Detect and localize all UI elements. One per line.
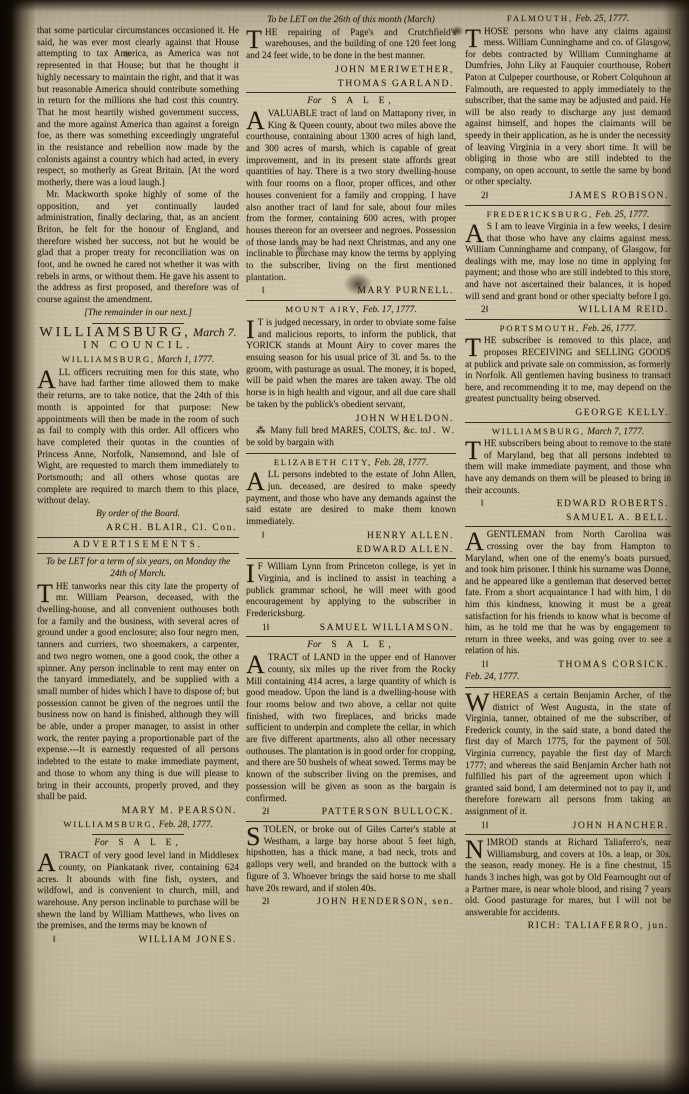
dateline-place: WILLIAMSBURG, <box>492 426 585 436</box>
city-heading: WILLIAMSBURG, March 7. <box>37 327 239 341</box>
report-paragraph: that some particular circumstances occas… <box>37 26 239 190</box>
divider-rule <box>465 834 671 835</box>
ad-warehouse-repairs: To be LET on the 26th of this month (Mar… <box>246 15 456 89</box>
dropcap-letter: A <box>246 470 268 493</box>
postscript-text: Many full bred MARES, COLTS, &c. to be s… <box>246 426 428 448</box>
dateline-date: Feb. 28, 1777. <box>159 820 213 830</box>
council-notice: WILLIAMSBURG, March 7. IN COUNCIL. WILLI… <box>37 327 239 534</box>
heading-place: WILLIAMSBURG, <box>39 325 190 340</box>
ad-text: HEREAS a certain Benjamin Archer, of the… <box>465 691 671 817</box>
insertion-mark: 2‖ <box>465 190 488 202</box>
dateline-date: March 7, 1777. <box>587 427 644 437</box>
report-paragraph: Mr. Mackworth spoke highly of some of th… <box>37 190 239 307</box>
notice-body: ALL officers recruiting men for this sta… <box>37 368 239 508</box>
ad-roberts-bell-removal: WILLIAMSBURG, March 7, 1777. THE subscri… <box>465 426 671 524</box>
book-binding-shadow <box>0 0 36 1094</box>
signature: JOHN HENDERSON, sen. <box>269 896 454 908</box>
ad-body: AVALUABLE tract of land on Mattapony riv… <box>246 109 456 285</box>
ad-text: HE subscriber is removed to this place, … <box>465 336 671 404</box>
insertion-mark: ‖ <box>465 498 484 510</box>
heading-date: March 7. <box>193 325 237 339</box>
ad-william-lynn: IF William Lynn from Princeton college, … <box>246 562 456 633</box>
insertion-mark: 1‖ <box>465 659 488 671</box>
ad-tanworks-let: To be LET for a term of six years, on Mo… <box>37 557 239 831</box>
dateline: WILLIAMSBURG, March 1, 1777. <box>37 354 239 367</box>
ad-hanover-land-sale: ForS A L E, ATRACT of LAND in the upper … <box>246 640 456 818</box>
ad-text: S I am to leave Virginia in a few weeks,… <box>465 222 671 302</box>
ad-body: THE subscriber is removed to this place,… <box>465 336 671 406</box>
ad-text: TRACT of LAND in the upper end of Hanove… <box>246 653 456 803</box>
ad-text: VALUABLE tract of land on Mattapony rive… <box>246 109 456 283</box>
insertion-mark: ‖ <box>246 530 265 542</box>
page-edge-top <box>0 0 689 12</box>
dropcap-letter: N <box>465 838 487 861</box>
dropcap-letter: T <box>465 27 484 50</box>
page-edge-bottom <box>0 1058 689 1094</box>
signature: EDWARD ROBERTS. <box>484 498 669 510</box>
asterism-mark: ⁂ <box>246 426 270 436</box>
ad-body: IT is judged necessary, in order to obvi… <box>246 318 456 412</box>
dropcap-letter: A <box>246 109 268 132</box>
signature: JOHN HANCHER. <box>488 820 669 832</box>
dateline-date: Feb. 26, 1777. <box>582 324 636 334</box>
byline: By order of the Board. <box>37 509 239 521</box>
column-1: that some particular circumstances occas… <box>37 26 239 948</box>
postscript-initials: J. W. <box>428 426 457 438</box>
sale-word: S A L E, <box>331 96 394 106</box>
page-edge-right <box>663 0 689 1094</box>
signature-row: ‖ EDWARD ROBERTS. <box>465 498 671 510</box>
dropcap-letter: A <box>37 368 59 391</box>
dateline: MOUNT AIRY, Feb. 17, 1777. <box>246 304 456 317</box>
dateline-place: MOUNT AIRY, <box>285 304 360 314</box>
signature: MARY M. PEARSON. <box>37 805 237 817</box>
insertion-mark: 1‖ <box>465 820 488 832</box>
dateline-place: WILLIAMSBURG, <box>63 819 156 829</box>
dateline: FALMOUTH, Feb. 25, 1777. <box>465 13 671 26</box>
dropcap-letter: T <box>465 336 484 359</box>
divider-rule <box>246 821 456 822</box>
insertion-mark: ‖ <box>37 934 56 946</box>
ad-body: WHEREAS a certain Benjamin Archer, of th… <box>465 691 671 819</box>
dropcap-letter: A <box>465 530 487 553</box>
ad-archer-bond-notice: WHEREAS a certain Benjamin Archer, of th… <box>465 691 671 831</box>
signature: JOHN MERIWETHER, <box>246 64 454 76</box>
signature: RICH: TALIAFERRO, jun. <box>465 920 669 932</box>
ad-text: F William Lynn from Princeton college, i… <box>246 562 456 619</box>
ad-heading: To be LET on the 26th of this month (Mar… <box>246 15 456 27</box>
dateline-date: March 1, 1777. <box>157 355 214 365</box>
signature-row: 1‖ JOHN HANCHER. <box>465 820 671 832</box>
ad-text: LL persons indebted to the estate of Joh… <box>246 470 456 527</box>
ad-allen-estate: ELIZABETH CITY, Feb. 28, 1777. ALL perso… <box>246 457 456 556</box>
dropcap-letter: A <box>37 851 59 874</box>
ad-body: AGENTLEMAN from North Carolina was cross… <box>465 530 671 658</box>
dateline-place: WILLIAMSBURG, <box>62 354 155 364</box>
dropcap-letter: W <box>465 691 493 714</box>
dateline-date: Feb. 25, 1777. <box>595 210 649 220</box>
sale-word: S A L E, <box>331 640 394 650</box>
remainder-note: [The remainder in our next.] <box>37 308 239 320</box>
signature: JOHN WHELDON. <box>246 413 454 425</box>
for-sale-heading: ForS A L E, <box>37 838 239 850</box>
dropcap-letter: T <box>465 439 484 462</box>
dropcap-letter: T <box>246 28 265 51</box>
ad-text: HE subscribers being about to remove to … <box>465 439 671 495</box>
signature-row: 2‖ JOHN HENDERSON, sen. <box>246 896 456 908</box>
signature-row: 2‖ WILLIAM REID. <box>465 304 671 316</box>
dateline-date: Feb. 28, 1777. <box>374 458 428 468</box>
ad-mattapony-land-sale: ForS A L E, AVALUABLE tract of land on M… <box>246 96 456 297</box>
dateline: PORTSMOUTH, Feb. 26, 1777. <box>465 323 671 336</box>
divider-rule <box>465 687 671 688</box>
signature: EDWARD ALLEN. <box>246 544 454 556</box>
for-word: For <box>307 96 321 106</box>
ad-gentleman-prisoner: AGENTLEMAN from North Carolina was cross… <box>465 530 671 684</box>
column-2: To be LET on the 26th of this month (Mar… <box>246 13 456 910</box>
insertion-mark: 2‖ <box>246 806 269 818</box>
signature: MARY PURNELL. <box>265 285 454 297</box>
ad-text: TRACT of very good level land in Middles… <box>37 851 239 931</box>
signature-row: ‖ WILLIAM JONES. <box>37 934 239 946</box>
for-sale-heading: ForS A L E, <box>246 96 456 108</box>
for-word: For <box>94 838 108 848</box>
ad-reid-departure: FREDERICKSBURG, Feb. 25, 1777. AS I am t… <box>465 209 671 316</box>
divider-rule <box>92 834 185 835</box>
ad-text: HE tanworks near this city late the prop… <box>37 582 239 803</box>
dropcap-letter: A <box>246 653 268 676</box>
signature-row: ‖ MARY PURNELL. <box>246 285 456 297</box>
dateline: FREDERICKSBURG, Feb. 25, 1777. <box>465 209 671 222</box>
ad-body: IF William Lynn from Princeton college, … <box>246 562 456 621</box>
ad-middlesex-land-sale: ForS A L E, ATRACT of very good level la… <box>37 838 239 945</box>
signature: HENRY ALLEN. <box>265 530 454 542</box>
newspaper-page-scan: that some particular circumstances occas… <box>0 0 689 1094</box>
ad-body: THE tanworks near this city late the pro… <box>37 582 239 804</box>
dropcap-letter: A <box>465 222 487 245</box>
dateline: WILLIAMSBURG, March 7, 1777. <box>465 426 671 439</box>
signature: GEORGE KELLY. <box>465 407 669 419</box>
ad-body: NIMROD stands at Richard Taliaferro's, n… <box>465 838 671 919</box>
parliament-report-continuation: that some particular circumstances occas… <box>37 26 239 320</box>
ad-kelly-commission: PORTSMOUTH, Feb. 26, 1777. THE subscribe… <box>465 323 671 419</box>
signature: THOMAS CORSICK. <box>488 659 669 671</box>
in-council-heading: IN COUNCIL. <box>37 340 239 352</box>
dateline-place: FREDERICKSBURG, <box>487 209 593 219</box>
signature-row: 1‖ THOMAS CORSICK. <box>465 659 671 671</box>
dropcap-letter: S <box>246 825 263 848</box>
dropcap-letter: T <box>37 582 56 605</box>
insertion-mark: 1‖ <box>246 622 269 634</box>
divider-rule <box>246 300 456 301</box>
ad-body: AS I am to leave Virginia in a few weeks… <box>465 222 671 303</box>
ad-nimrod-stud: NIMROD stands at Richard Taliaferro's, n… <box>465 838 671 932</box>
insertion-mark: 2‖ <box>465 304 488 316</box>
signature: WILLIAM REID. <box>488 304 669 316</box>
ad-heading: To be LET for a term of six years, on Mo… <box>37 557 239 580</box>
dateline-place: PORTSMOUTH, <box>500 323 580 333</box>
ad-body: STOLEN, or broke out of Giles Carter's s… <box>246 825 456 895</box>
advertisements-header: ADVERTISEMENTS. <box>37 537 239 555</box>
divider-rule <box>246 636 456 637</box>
divider-rule <box>465 526 671 527</box>
insertion-mark: 2‖ <box>246 896 269 908</box>
ad-yorick-stud: MOUNT AIRY, Feb. 17, 1777. IT is judged … <box>246 304 456 449</box>
dateline-date: Feb. 25, 1777. <box>575 14 629 24</box>
divider-rule <box>92 323 185 324</box>
date-note: Feb. 24, 1777. <box>465 672 671 684</box>
dropcap-letter: I <box>246 562 258 585</box>
column-3: FALMOUTH, Feb. 25, 1777. THOSE persons w… <box>465 11 671 934</box>
ad-text: HOSE persons who have any claims against… <box>465 27 671 188</box>
divider-rule <box>246 558 456 559</box>
dateline: ELIZABETH CITY, Feb. 28, 1777. <box>246 457 456 470</box>
signature: ARCH. BLAIR, Cl. Con. <box>37 522 237 534</box>
signature-row: 2‖ PATTERSON BULLOCK. <box>246 806 456 818</box>
for-word: For <box>307 640 321 650</box>
ad-text: T is judged necessary, in order to obvia… <box>246 318 456 410</box>
divider-rule <box>465 205 671 206</box>
ad-body: ATRACT of LAND in the upper end of Hanov… <box>246 653 456 805</box>
signature: SAMUEL WILLIAMSON. <box>269 622 454 634</box>
signature: JAMES ROBISON. <box>488 190 669 202</box>
notice-text: LL officers recruiting men for this stat… <box>37 368 239 507</box>
dateline-date: Feb. 17, 1777. <box>363 305 417 315</box>
ad-text: IMROD stands at Richard Taliaferro's, ne… <box>465 838 671 918</box>
divider-rule <box>465 422 671 423</box>
insertion-mark: ‖ <box>246 285 265 297</box>
dateline-place: ELIZABETH CITY, <box>274 457 372 467</box>
ad-text: TOLEN, or broke out of Giles Carter's st… <box>246 825 456 894</box>
signature: PATTERSON BULLOCK. <box>269 806 454 818</box>
dateline-place: FALMOUTH, <box>507 13 573 23</box>
sale-word: S A L E, <box>118 838 181 848</box>
signature: THOMAS GARLAND. <box>246 78 454 90</box>
signature: WILLIAM JONES. <box>56 934 237 946</box>
ad-body: THOSE persons who have any claims agains… <box>465 27 671 189</box>
signature-row: 1‖ SAMUEL WILLIAMSON. <box>246 622 456 634</box>
dropcap-letter: I <box>246 318 258 341</box>
ad-stolen-horse: STOLEN, or broke out of Giles Carter's s… <box>246 825 456 908</box>
ad-body: THE subscribers being about to remove to… <box>465 439 671 497</box>
ad-text: HE repairing of Page's and Crutchfield's… <box>246 28 456 61</box>
for-sale-heading: ForS A L E, <box>246 640 456 652</box>
postscript: J. W.⁂Many full bred MARES, COLTS, &c. t… <box>246 426 456 449</box>
ad-text: GENTLEMAN from North Carolina was crossi… <box>465 530 671 656</box>
ad-body: ATRACT of very good level land in Middle… <box>37 851 239 933</box>
ad-body: THE repairing of Page's and Crutchfield'… <box>246 28 456 63</box>
ad-body: ALL persons indebted to the estate of Jo… <box>246 470 456 529</box>
signature-row: ‖ HENRY ALLEN. <box>246 530 456 542</box>
divider-rule <box>246 453 456 454</box>
divider-rule <box>246 92 456 93</box>
signature-row: 2‖ JAMES ROBISON. <box>465 190 671 202</box>
ad-robison-claims: FALMOUTH, Feb. 25, 1777. THOSE persons w… <box>465 13 671 202</box>
dateline: WILLIAMSBURG, Feb. 28, 1777. <box>37 819 239 832</box>
signature: SAMUEL A. BELL. <box>465 512 669 524</box>
divider-rule <box>465 319 671 320</box>
